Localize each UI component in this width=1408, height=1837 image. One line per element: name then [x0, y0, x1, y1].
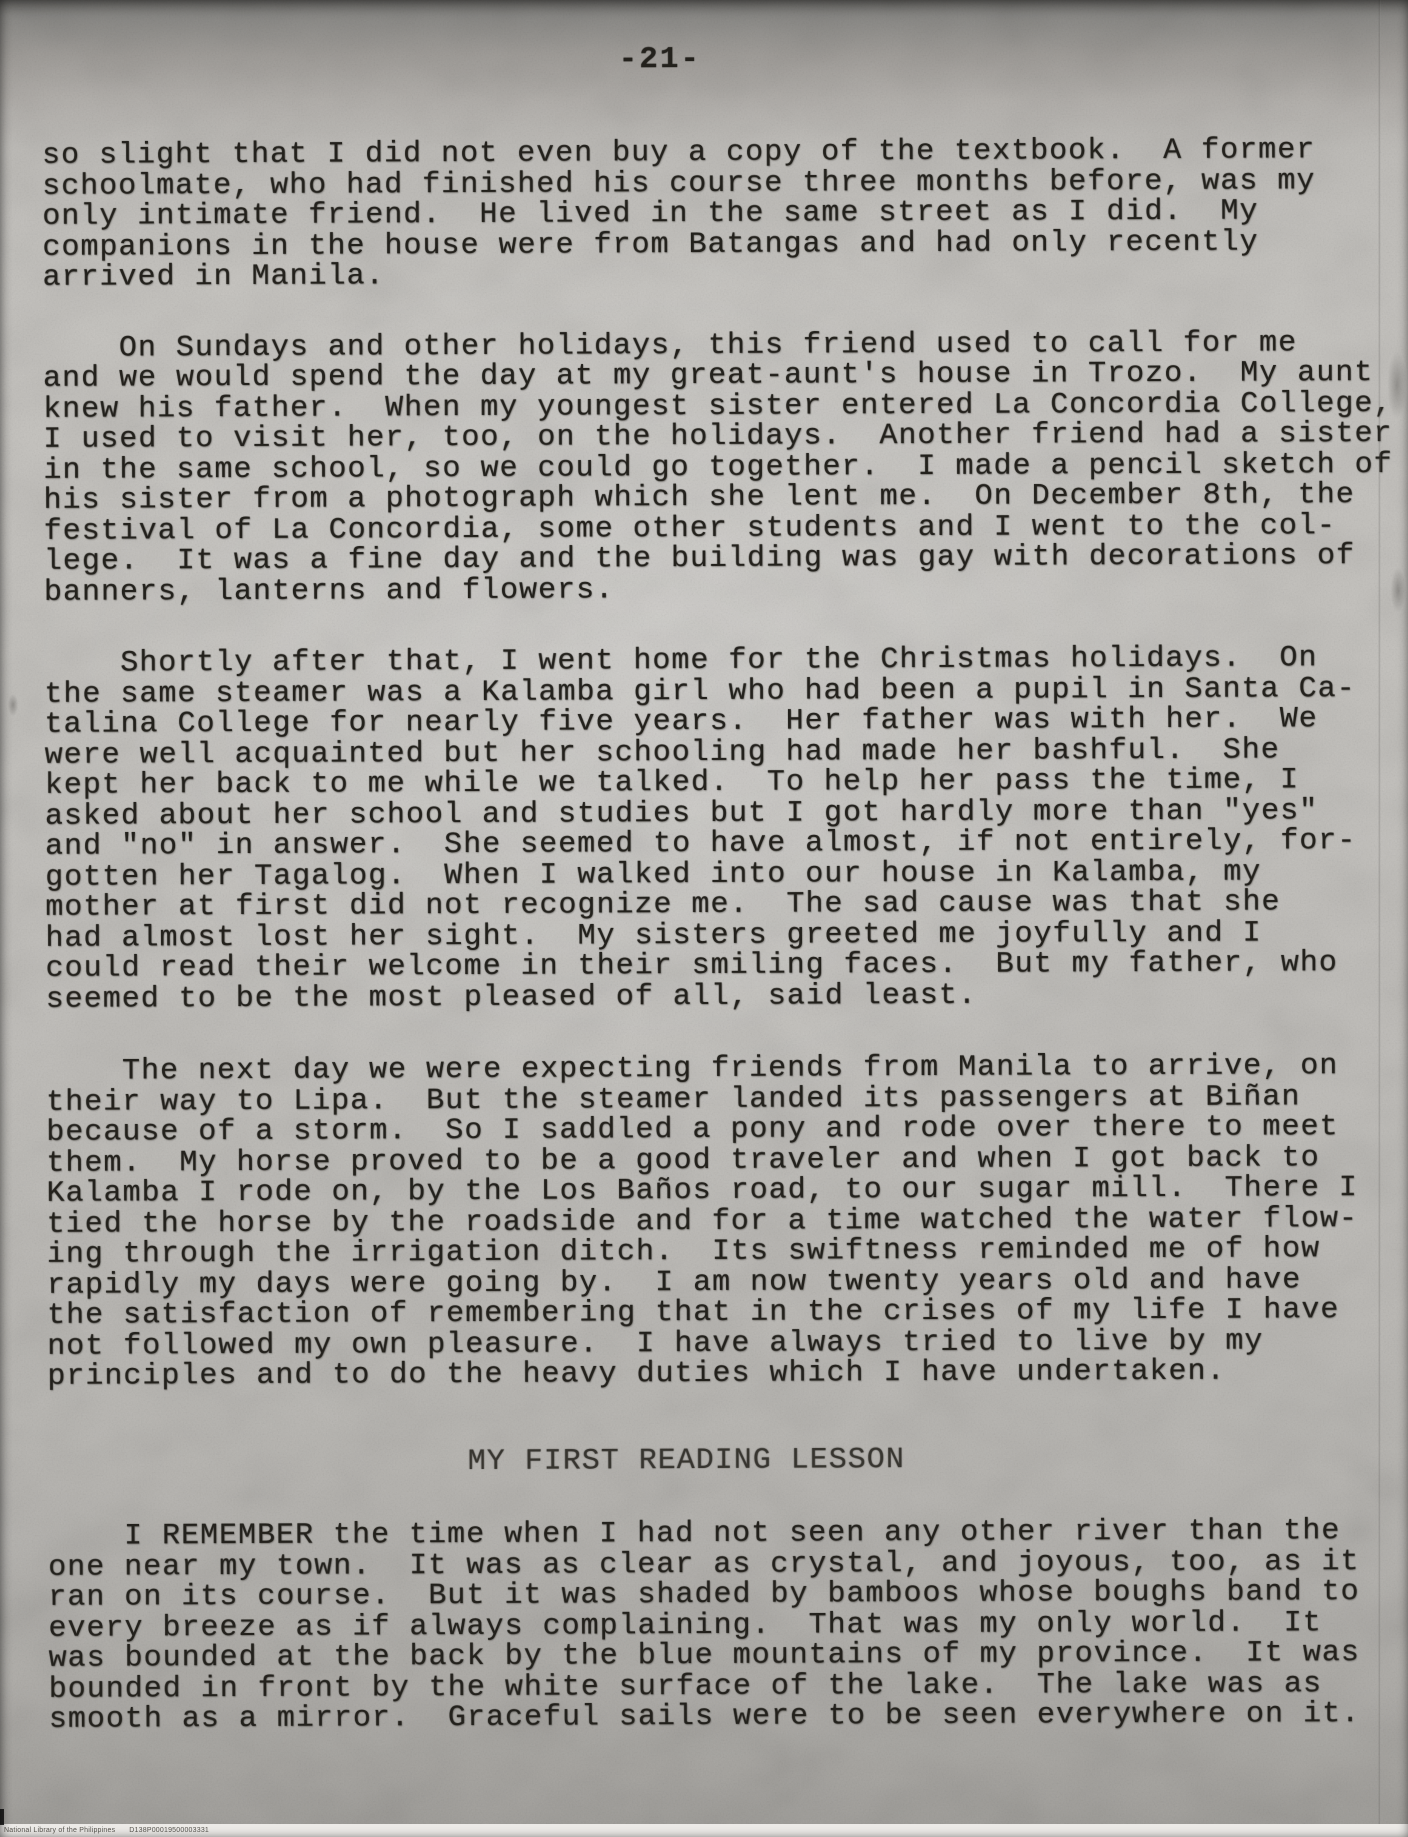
typewritten-content: -21- so slight that I did not even buy a…: [0, 0, 1408, 1837]
scanned-page: -21- so slight that I did not even buy a…: [0, 0, 1408, 1837]
scan-footer: National Library of the Philippines D138…: [0, 1824, 1408, 1837]
footer-library-label: National Library of the Philippines: [4, 1827, 115, 1834]
body-paragraph-3: Shortly after that, I went home for the …: [44, 643, 1408, 1015]
body-paragraph-1: so slight that I did not even buy a copy…: [42, 135, 1408, 294]
scan-edge-mark: [0, 1809, 4, 1825]
body-text: so slight that I did not even buy a copy…: [42, 135, 1408, 1736]
footer-document-code: D138P00019500003331: [129, 1827, 209, 1834]
body-paragraph-4: The next day we were expecting friends f…: [46, 1051, 1408, 1393]
scan-fold-crease: [1378, 0, 1381, 1837]
page-number: -21-: [619, 42, 702, 77]
body-paragraph-5: I REMEMBER the time when I had not seen …: [48, 1516, 1408, 1736]
body-paragraph-2: On Sundays and other holidays, this frie…: [43, 327, 1408, 608]
section-heading: MY FIRST READING LESSON: [48, 1442, 1408, 1479]
